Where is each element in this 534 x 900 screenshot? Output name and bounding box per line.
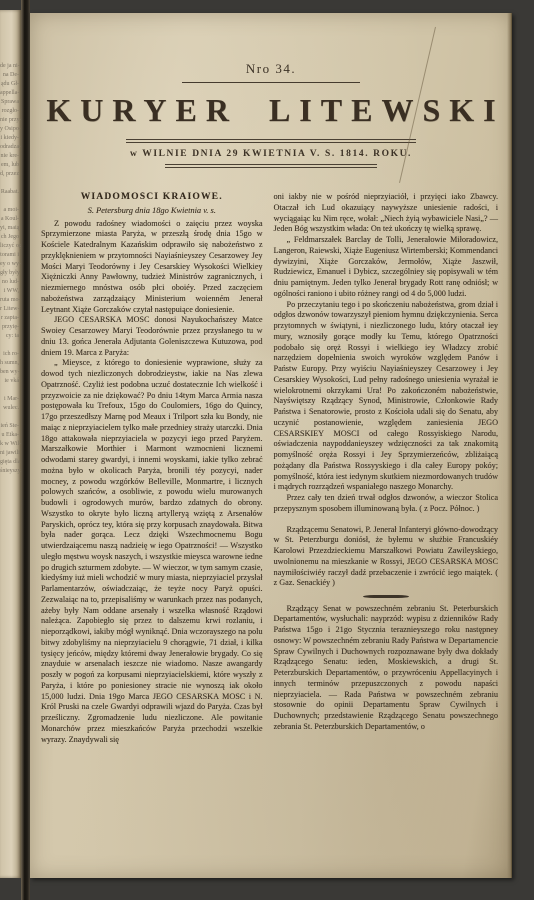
margin-fragment: rozgło- (0, 107, 21, 116)
margin-fragment: cy: ta (0, 332, 21, 341)
margin-fragment: wulec. (0, 404, 21, 413)
margin-fragment: em, lub (0, 161, 21, 170)
margin-fragment: a moi- (0, 206, 21, 215)
masthead: Nro 34. KURYER LITEWSKI w WILNIE DNIA 29… (30, 61, 512, 168)
margin-fragment: ie vká (0, 377, 21, 386)
newspaper-title: KURYER LITEWSKI (30, 91, 512, 129)
margin-fragment: u Etka- (0, 431, 21, 440)
margin-fragment: i Mar- (0, 395, 21, 404)
masthead-rule-top (182, 82, 360, 83)
margin-fragment: ben wy- (0, 368, 21, 377)
left-column-paragraphs: Z powodu radośney wiadomości o zaięciu p… (41, 219, 263, 746)
margin-fragment: yi, maią (0, 224, 21, 233)
margin-fragment: ni jawili (0, 449, 21, 458)
margin-fragment: i kiedy- (0, 134, 21, 143)
margin-fragment: przyię- (0, 323, 21, 332)
paragraph: oni iakby nie w pośród nieprzyiaciół, i … (274, 192, 498, 235)
margin-fragment: odradza- (0, 143, 21, 152)
paper-stain (230, 313, 320, 373)
margin-fragment (0, 197, 21, 206)
margin-fragment: ey o wy- (0, 260, 21, 269)
masthead-dateline: w WILNIE DNIA 29 KWIETNIA V. S. 1814. RO… (30, 149, 512, 159)
margin-fragment: h sumn, (0, 359, 21, 368)
margin-fragment (0, 413, 21, 422)
right-column: oni iakby nie w pośród nieprzyiaciół, i … (274, 192, 498, 817)
paragraph: Przez cały ten dzień trwał odgłos dzwonó… (274, 493, 498, 515)
masthead-rule-bottom (165, 164, 377, 168)
margin-fragment: i WW, (0, 287, 21, 296)
article-columns: WIADOMOŚCI KRAIOWE. S. Petersburg dnia 1… (30, 192, 512, 817)
margin-fragment: Sprawa (0, 98, 21, 107)
left-column: WIADOMOŚCI KRAIOWE. S. Petersburg dnia 1… (41, 192, 263, 817)
margin-fragment: gięta dla (0, 458, 21, 467)
paragraph: „ Feldmarszałek Barclay de Tolli, Jenera… (274, 235, 498, 300)
paragraph: Rządzący Senat w powszechném zebraniu St… (274, 604, 498, 733)
margin-fragment: de ja ni- (0, 62, 21, 71)
margin-fragment: na De- (0, 71, 21, 80)
margin-fragment: nie przy- (0, 116, 21, 125)
margin-fragment: no lud- (0, 278, 21, 287)
article-dateline: S. Petersburg dnia 18go Kwietnia v. s. (41, 206, 263, 217)
margin-fragment: liczyć og (0, 242, 21, 251)
margin-fragment: a Koul- (0, 215, 21, 224)
margin-fragment: r Litew- (0, 305, 21, 314)
margin-fragment (0, 341, 21, 350)
adjacent-page-edge: de ja ni-na De-ądu Gł-appella-Sprawarozg… (0, 10, 21, 878)
margin-fragment: Raabat. (0, 188, 21, 197)
margin-fragment: appella- (0, 89, 21, 98)
margin-fragment (0, 179, 21, 188)
margin-fragment: r zapta- (0, 314, 21, 323)
paragraph: Z powodu radośney wiadomości o zaięciu p… (41, 219, 263, 316)
margin-fragment: d, przez (0, 170, 21, 179)
section-separator-rule (363, 595, 409, 598)
margin-fragment: ch Jego (0, 233, 21, 242)
margin-fragment: nie kre- (0, 152, 21, 161)
margin-fragment: śnieyszy. (0, 467, 21, 476)
binding-gutter (21, 0, 30, 900)
paragraph: JEGO CESARSKA MOSC donosi Nayukochańszey… (41, 315, 263, 358)
masthead-rule-mid (126, 139, 416, 143)
section-heading: WIADOMOŚCI KRAIOWE. (41, 192, 263, 203)
margin-fragment: k w Wil- (0, 440, 21, 449)
margin-fragment: gły były (0, 269, 21, 278)
margin-fragment: ień Ste- (0, 422, 21, 431)
margin-fragment (0, 386, 21, 395)
margin-fragment: ruta mo- (0, 296, 21, 305)
paragraph: Rządzącemu Senatowi, P. Jenerał Infanter… (274, 525, 498, 590)
margin-fragment: ich ro- (0, 350, 21, 359)
margin-fragment: ądu Gł- (0, 80, 21, 89)
margin-fragment: y Osipo- (0, 125, 21, 134)
issue-number: Nro 34. (30, 61, 512, 77)
margin-fragment: torami i (0, 251, 21, 260)
margin-text-fragments: de ja ni-na De-ądu Gł-appella-Sprawarozg… (0, 10, 21, 476)
paragraph: „ Mieysce, z którego to doniesienie wypr… (41, 358, 263, 745)
newspaper-page: Nro 34. KURYER LITEWSKI w WILNIE DNIA 29… (30, 13, 512, 878)
